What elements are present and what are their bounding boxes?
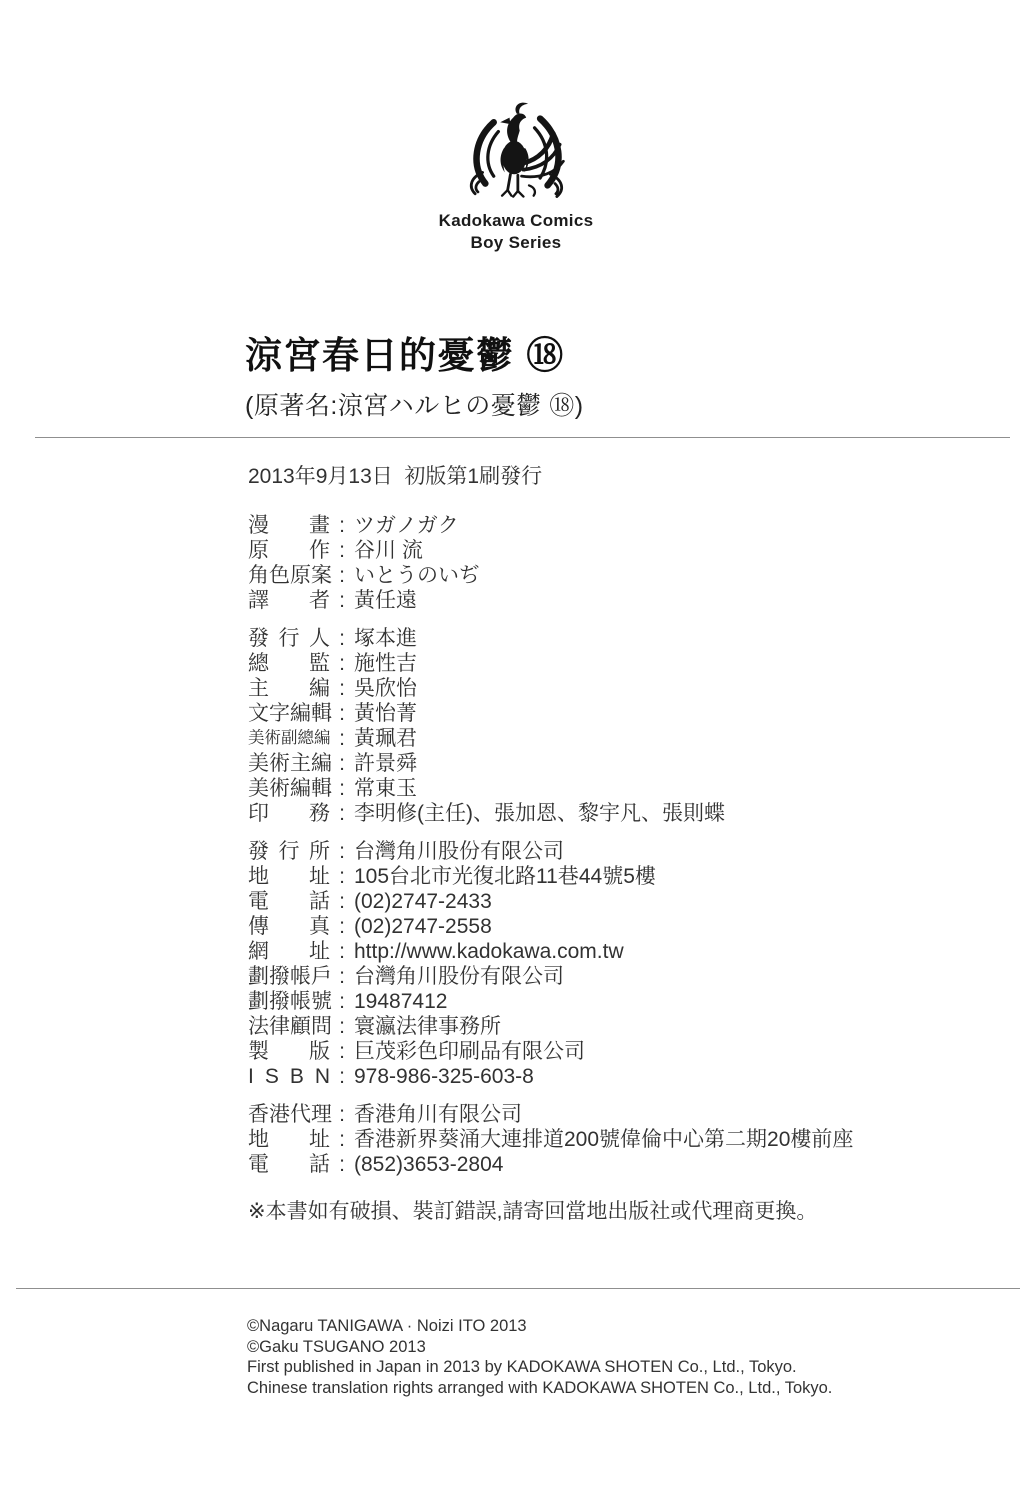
copyright-line: ©Gaku TSUGANO 2013: [247, 1337, 832, 1358]
book-title: 涼宮春日的憂鬱 ⑱: [245, 334, 584, 378]
field-label: 劃撥帳號: [248, 989, 330, 1014]
colophon-row: 地址:香港新界葵涌大連排道200號偉倫中心第二期20樓前座: [248, 1127, 853, 1152]
colon: :: [330, 989, 354, 1014]
field-value: 塚本進: [354, 627, 417, 650]
colophon-row: 美術主編:許景舜: [248, 751, 853, 776]
field-value: 巨茂彩色印刷品有限公司: [354, 1040, 585, 1063]
divider-bottom: [16, 1288, 1020, 1289]
original-title: (原著名:涼宮ハルヒの憂鬱 ⑱): [245, 386, 584, 422]
field-label: 文字編輯: [248, 701, 330, 726]
colophon-row: 漫畫:ツガノガク: [248, 513, 853, 538]
colon: :: [330, 751, 354, 776]
colophon-page: Kadokawa Comics Boy Series 涼宮春日的憂鬱 ⑱ (原著…: [0, 0, 1032, 1500]
colon: :: [330, 651, 354, 676]
colophon-row: 劃撥帳戶:台灣角川股份有限公司: [248, 964, 853, 989]
field-label: 美術編輯: [248, 776, 330, 801]
colon: :: [330, 538, 354, 563]
hongkong-block: 香港代理:香港角川有限公司 地址:香港新界葵涌大連排道200號偉倫中心第二期20…: [248, 1102, 853, 1177]
field-value: 19487412: [354, 990, 447, 1013]
colophon-row: ISBN:978-986-325-603-8: [248, 1064, 853, 1089]
colon: :: [330, 513, 354, 538]
field-value: 黃怡菁: [354, 702, 417, 725]
colophon-row: 製版:巨茂彩色印刷品有限公司: [248, 1039, 853, 1064]
colophon: 2013年9月13日 初版第1刷發行 漫畫:ツガノガク 原作:谷川 流 角色原案…: [248, 464, 853, 1224]
field-label: 美術主編: [248, 751, 330, 776]
colon: :: [330, 701, 354, 726]
publication-date: 2013年9月13日 初版第1刷發行: [248, 464, 853, 489]
field-label: 原作: [248, 538, 330, 563]
colophon-row: 發行人:塚本進: [248, 626, 853, 651]
publisher-block: 發行所:台灣角川股份有限公司 地址:105台北市光復北路11巷44號5樓 電話:…: [248, 839, 853, 1089]
credits-block: 漫畫:ツガノガク 原作:谷川 流 角色原案:いとうのいぢ 譯者:黃任遠: [248, 513, 853, 613]
colophon-row: 電話:(852)3653-2804: [248, 1152, 853, 1177]
colophon-row: 主編:吳欣怡: [248, 676, 853, 701]
logo-series-line1: Kadokawa Comics: [0, 210, 1032, 232]
kadokawa-logo: Kadokawa Comics Boy Series: [0, 100, 1032, 254]
colophon-row: 傳真:(02)2747-2558: [248, 914, 853, 939]
field-value: 台灣角川股份有限公司: [354, 965, 564, 988]
colon: :: [330, 1152, 354, 1177]
damage-notice: ※本書如有破損、裝訂錯誤,請寄回當地出版社或代理商更換。: [248, 1199, 853, 1224]
website-url: http://www.kadokawa.com.tw: [354, 940, 624, 963]
copyright-line: ©Nagaru TANIGAWA · Noizi ITO 2013: [247, 1316, 832, 1337]
phoenix-icon: [460, 100, 572, 204]
field-label: 譯者: [248, 588, 330, 613]
colophon-row: 發行所:台灣角川股份有限公司: [248, 839, 853, 864]
title-block: 涼宮春日的憂鬱 ⑱ (原著名:涼宮ハルヒの憂鬱 ⑱): [245, 334, 584, 422]
colon: :: [330, 588, 354, 613]
colon: :: [330, 914, 354, 939]
colon: :: [330, 889, 354, 914]
field-label: 發行人: [248, 626, 330, 651]
field-value: (02)2747-2558: [354, 915, 492, 938]
field-value: (852)3653-2804: [354, 1153, 503, 1176]
colon: :: [330, 1102, 354, 1127]
colon: :: [330, 563, 354, 588]
colophon-row: 劃撥帳號:19487412: [248, 989, 853, 1014]
copyright-line: Chinese translation rights arranged with…: [247, 1378, 832, 1399]
field-label: 法律顧問: [248, 1014, 330, 1039]
copyright-line: First published in Japan in 2013 by KADO…: [247, 1357, 832, 1378]
colon: :: [330, 801, 354, 826]
colophon-row: 美術編輯:常東玉: [248, 776, 853, 801]
colophon-row: 法律顧問:寰瀛法律事務所: [248, 1014, 853, 1039]
field-label: 印務: [248, 801, 330, 826]
field-label: 發行所: [248, 839, 330, 864]
field-value: 香港新界葵涌大連排道200號偉倫中心第二期20樓前座: [354, 1128, 853, 1151]
field-label: 電話: [248, 889, 330, 914]
field-label: 角色原案: [248, 563, 330, 588]
colophon-row: 總監:施性吉: [248, 651, 853, 676]
colophon-row: 地址:105台北市光復北路11巷44號5樓: [248, 864, 853, 889]
field-label: 網址: [248, 939, 330, 964]
field-value: (02)2747-2433: [354, 890, 492, 913]
field-label: 製版: [248, 1039, 330, 1064]
logo-series-line2: Boy Series: [0, 232, 1032, 254]
colon: :: [330, 964, 354, 989]
divider-top: [35, 437, 1010, 438]
field-value: 吳欣怡: [354, 677, 417, 700]
colophon-row: 網址:http://www.kadokawa.com.tw: [248, 939, 853, 964]
colophon-row: 美術副總編:黃珮君: [248, 726, 853, 751]
field-value: 施性吉: [354, 652, 417, 675]
colophon-row: 譯者:黃任遠: [248, 588, 853, 613]
colophon-row: 原作:谷川 流: [248, 538, 853, 563]
colon: :: [330, 864, 354, 889]
colon: :: [330, 676, 354, 701]
field-label: 地址: [248, 1127, 330, 1152]
colophon-row: 電話:(02)2747-2433: [248, 889, 853, 914]
field-label: 地址: [248, 864, 330, 889]
copyright-block: ©Nagaru TANIGAWA · Noizi ITO 2013 ©Gaku …: [247, 1316, 832, 1398]
field-label: ISBN: [248, 1064, 330, 1089]
field-label: 劃撥帳戶: [248, 964, 330, 989]
colophon-row: 印務:李明修(主任)、張加恩、黎宇凡、張則蝶: [248, 801, 853, 826]
field-value: 香港角川有限公司: [354, 1103, 522, 1126]
staff-block: 發行人:塚本進 總監:施性吉 主編:吳欣怡 文字編輯:黃怡菁 美術副總編:黃珮君…: [248, 626, 853, 826]
colon: :: [330, 939, 354, 964]
colophon-row: 角色原案:いとうのいぢ: [248, 563, 853, 588]
colophon-row: 文字編輯:黃怡菁: [248, 701, 853, 726]
colon: :: [330, 1014, 354, 1039]
field-label: 傳真: [248, 914, 330, 939]
colon: :: [330, 839, 354, 864]
colon: :: [330, 626, 354, 651]
colon: :: [330, 776, 354, 801]
field-value: 常東玉: [354, 777, 417, 800]
field-value: 105台北市光復北路11巷44號5樓: [354, 865, 656, 888]
field-label: 主編: [248, 676, 330, 701]
colon: :: [330, 1039, 354, 1064]
colophon-row: 香港代理:香港角川有限公司: [248, 1102, 853, 1127]
field-value: 許景舜: [354, 752, 417, 775]
field-value: 黃任遠: [354, 589, 417, 612]
field-value: 谷川 流: [354, 539, 423, 562]
colon: :: [330, 1127, 354, 1152]
field-value: 寰瀛法律事務所: [354, 1015, 501, 1038]
colon: :: [330, 726, 354, 751]
field-value: 黃珮君: [354, 727, 417, 750]
field-value: いとうのいぢ: [354, 564, 480, 587]
field-value: ツガノガク: [354, 514, 459, 537]
field-label: 電話: [248, 1152, 330, 1177]
field-value: 李明修(主任)、張加恩、黎宇凡、張則蝶: [354, 802, 725, 825]
field-label: 美術副總編: [248, 726, 330, 751]
field-label: 香港代理: [248, 1102, 330, 1127]
field-value: 台灣角川股份有限公司: [354, 840, 564, 863]
field-label: 總監: [248, 651, 330, 676]
colon: :: [330, 1064, 354, 1089]
field-label: 漫畫: [248, 513, 330, 538]
isbn-value: 978-986-325-603-8: [354, 1065, 534, 1088]
